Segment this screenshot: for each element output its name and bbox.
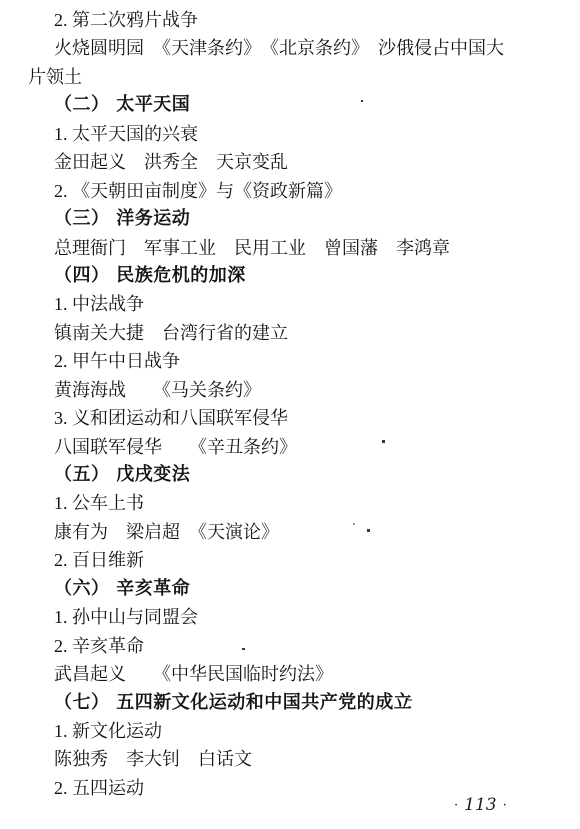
keyword-line: 总理衙门 军事工业 民用工业 曾国藩 李鸿章 [28,234,552,262]
numbered-item: 2. 第二次鸦片战争 [28,6,552,34]
numbered-item: 2. 甲午中日战争 [28,347,552,375]
page-number-dot-right: · [497,798,513,813]
section-heading: （六） 辛亥革命 [28,575,552,603]
document-page: 2. 第二次鸦片战争火烧圆明园 《天津条约》 《北京条约》 沙俄侵占中国大片领土… [0,0,580,829]
scan-speck [242,648,245,650]
page-number: ·113· [448,795,513,815]
section-heading: （五） 戊戌变法 [28,461,552,489]
keyword-line: 陈独秀 李大钊 白话文 [28,745,552,773]
numbered-item: 2. 百日维新 [28,546,552,574]
numbered-item: 2. 辛亥革命 [28,632,552,660]
keyword-line: 康有为 梁启超 《天演论》 [28,518,552,546]
section-heading: （七） 五四新文化运动和中国共产党的成立 [28,689,552,717]
keyword-line: 金田起义 洪秀全 天京变乱 [28,148,552,176]
numbered-item: 1. 中法战争 [28,290,552,318]
keyword-line: 镇南关大捷 台湾行省的建立 [28,319,552,347]
content-lines: 2. 第二次鸦片战争火烧圆明园 《天津条约》 《北京条约》 沙俄侵占中国大片领土… [28,6,552,802]
section-heading: （三） 洋务运动 [28,205,552,233]
page-number-dot-left: · [448,798,464,813]
numbered-item: 1. 公车上书 [28,489,552,517]
numbered-item: 2. 《天朝田亩制度》与《资政新篇》 [28,177,552,205]
scan-speck [408,699,412,701]
keyword-line: 火烧圆明园 《天津条约》 《北京条约》 沙俄侵占中国大 [28,34,552,62]
keyword-line: 片领土 [28,63,552,91]
numbered-item: 1. 新文化运动 [28,717,552,745]
keyword-line: 武昌起义 《中华民国临时约法》 [28,660,552,688]
page-number-value: 113 [464,795,496,815]
numbered-item: 3. 义和团运动和八国联军侵华 [28,404,552,432]
numbered-item: 1. 太平天国的兴衰 [28,120,552,148]
section-heading: （二） 太平天国 [28,91,552,119]
scan-speck [382,440,385,443]
keyword-line: 八国联军侵华 《辛丑条约》 [28,433,552,461]
keyword-line: 黄海海战 《马关条约》 [28,376,552,404]
scan-speck [361,100,363,102]
section-heading: （四） 民族危机的加深 [28,262,552,290]
numbered-item: 1. 孙中山与同盟会 [28,603,552,631]
scan-speck [353,523,355,525]
scan-speck [367,529,370,532]
